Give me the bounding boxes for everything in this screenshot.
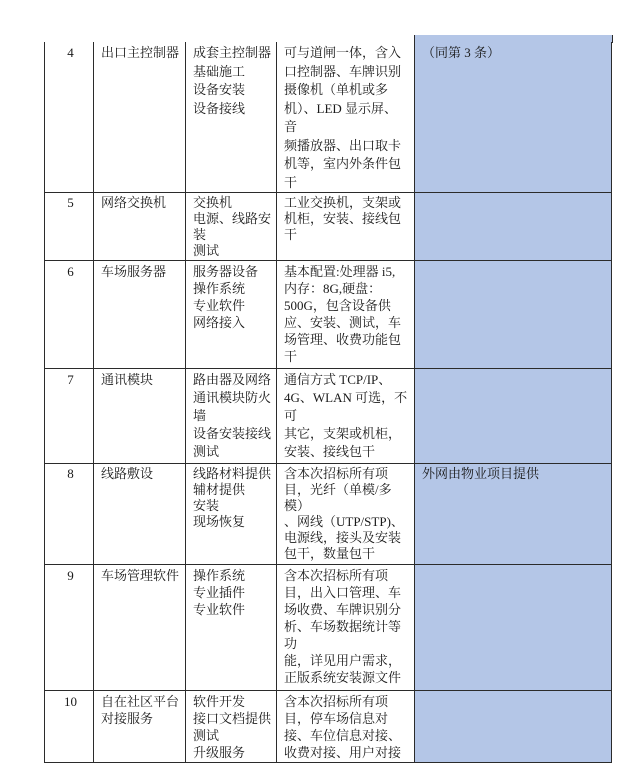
sub-items-cell: 软件开发 接口文档提供 测试 升级服务 (186, 691, 277, 763)
remark-cell: 外网由物业项目提供 (415, 464, 612, 565)
sub-items-cell: 成套主控制器 基础施工 设备安装 设备接线 (186, 42, 277, 193)
remark-cell: （同第 3 条） (415, 42, 612, 193)
sub-items-cell: 线路材料提供 辅材提供 安装 现场恢复 (186, 464, 277, 565)
table-row: 9 车场管理软件 操作系统 专业插件 专业软件 含本次招标所有项 目，出入口管理… (45, 565, 612, 691)
item-name-cell: 出口主控制器 (94, 42, 186, 193)
row-number-cell: 9 (45, 565, 94, 691)
item-name-cell: 车场管理软件 (94, 565, 186, 691)
row-number-cell: 6 (45, 261, 94, 369)
sub-items-cell: 操作系统 专业插件 专业软件 (186, 565, 277, 691)
row-number-cell: 5 (45, 193, 94, 261)
table-row: 10 自在社区平台 对接服务 软件开发 接口文档提供 测试 升级服务 含本次招标… (45, 691, 612, 763)
description-cell: 含本次招标所有项 目，停车场信息对 接、车位信息对接、 收费对接、用户对接 (277, 691, 415, 763)
row-number-cell: 8 (45, 464, 94, 565)
table-row: 7 通讯模块 路由器及网络 通讯模块防火 墙 设备安装接线 测试 通信方式 TC… (45, 369, 612, 464)
document-page: 4 出口主控制器 成套主控制器 基础施工 设备安装 设备接线 可与道闸一体，含入… (0, 0, 641, 770)
remark-cell (415, 261, 612, 369)
sub-items-cell: 服务器设备 操作系统 专业软件 网络接入 (186, 261, 277, 369)
sub-items-cell: 交换机 电源、线路安 装 测试 (186, 193, 277, 261)
description-cell: 可与道闸一体，含入 口控制器、车牌识别 摄像机（单机或多 机）、LED 显示屏、… (277, 42, 415, 193)
table-row: 4 出口主控制器 成套主控制器 基础施工 设备安装 设备接线 可与道闸一体，含入… (45, 42, 612, 193)
description-cell: 通信方式 TCP/IP、 4G、WLAN 可选，不可 其它，支架或机柜， 安装、… (277, 369, 415, 464)
description-cell: 基本配置:处理器 i5, 内存：8G,硬盘： 500G，包含设备供 应、安装、测… (277, 261, 415, 369)
item-name-cell: 车场服务器 (94, 261, 186, 369)
item-name-cell: 自在社区平台 对接服务 (94, 691, 186, 763)
row-number-cell: 10 (45, 691, 94, 763)
table-row: 5 网络交换机 交换机 电源、线路安 装 测试 工业交换机，支架或 机柜，安装、… (45, 193, 612, 261)
description-cell: 工业交换机，支架或 机柜，安装、接线包 干 (277, 193, 415, 261)
item-name-cell: 网络交换机 (94, 193, 186, 261)
row-number-cell: 7 (45, 369, 94, 464)
sub-items-cell: 路由器及网络 通讯模块防火 墙 设备安装接线 测试 (186, 369, 277, 464)
remark-cell (415, 369, 612, 464)
item-name-cell: 通讯模块 (94, 369, 186, 464)
table-row: 6 车场服务器 服务器设备 操作系统 专业软件 网络接入 基本配置:处理器 i5… (45, 261, 612, 369)
remark-cell (415, 565, 612, 691)
row-number-cell: 4 (45, 42, 94, 193)
remark-cell (415, 193, 612, 261)
remark-cell (415, 691, 612, 763)
equipment-spec-table: 4 出口主控制器 成套主控制器 基础施工 设备安装 设备接线 可与道闸一体，含入… (44, 42, 612, 763)
item-name-cell: 线路敷设 (94, 464, 186, 565)
description-cell: 含本次招标所有项 目，出入口管理、车 场收费、车牌识别分 析、车场数据统计等 功… (277, 565, 415, 691)
table-row: 8 线路敷设 线路材料提供 辅材提供 安装 现场恢复 含本次招标所有项 目，光纤… (45, 464, 612, 565)
description-cell: 含本次招标所有项 目，光纤（单模/多 模） 、网线（UTP/STP)、 电源线，… (277, 464, 415, 565)
